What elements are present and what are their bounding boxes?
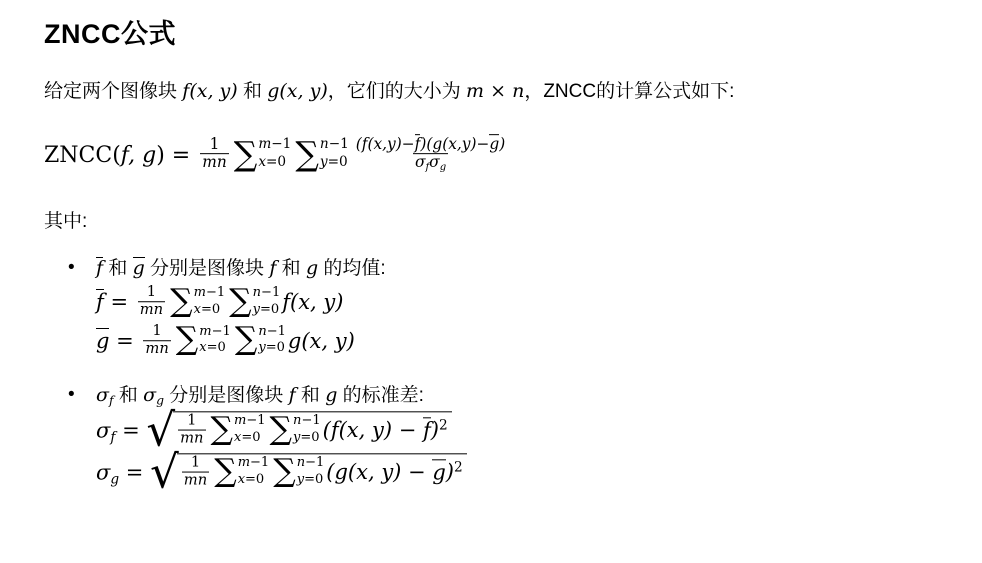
g-mean-formula: g = 1mn∑m−1x=0∑n−1y=0g(x, y) — [96, 325, 952, 360]
sigma-g-formula: σg = √1mn∑m−1x=0∑n−1y=0(g(x, y) − g)2 — [96, 455, 952, 493]
stddev-description: σf 和 σg 分别是图像块 f 和 g 的标准差: — [96, 380, 952, 411]
list-item-stddev: • σf 和 σg 分别是图像块 f 和 g 的标准差: σf = √1mn∑m… — [44, 380, 952, 497]
page-title: ZNCC公式 — [44, 12, 952, 51]
sigma-f-formula: σf = √1mn∑m−1x=0∑n−1y=0(f(x, y) − f)2 — [96, 413, 952, 451]
stddev-section: σf 和 σg 分别是图像块 f 和 g 的标准差: σf = √1mn∑m−1… — [96, 380, 952, 497]
f-mean-formula: f = 1mn∑m−1x=0∑n−1y=0f(x, y) — [96, 286, 952, 321]
bullet-icon: • — [44, 380, 96, 410]
means-section: f 和 g 分别是图像块 f 和 g 的均值: f = 1mn∑m−1x=0∑n… — [96, 253, 952, 364]
intro-paragraph: 给定两个图像块 f(x, y) 和 g(x, y)，它们的大小为 m × n，Z… — [44, 78, 952, 106]
bullet-icon: • — [44, 253, 96, 283]
list-item-means: • f 和 g 分别是图像块 f 和 g 的均值: f = 1mn∑m−1x=0… — [44, 253, 952, 364]
where-label: 其中: — [44, 206, 952, 233]
document-page: ZNCC公式 给定两个图像块 f(x, y) 和 g(x, y)，它们的大小为 … — [0, 0, 982, 563]
means-description: f 和 g 分别是图像块 f 和 g 的均值: — [96, 253, 952, 284]
zncc-formula: ZNCC(f, g) = 1mn∑m−1x=0∑n−1y=0(f(x,y)−f)… — [44, 136, 952, 176]
definitions-list: • f 和 g 分别是图像块 f 和 g 的均值: f = 1mn∑m−1x=0… — [44, 253, 952, 497]
